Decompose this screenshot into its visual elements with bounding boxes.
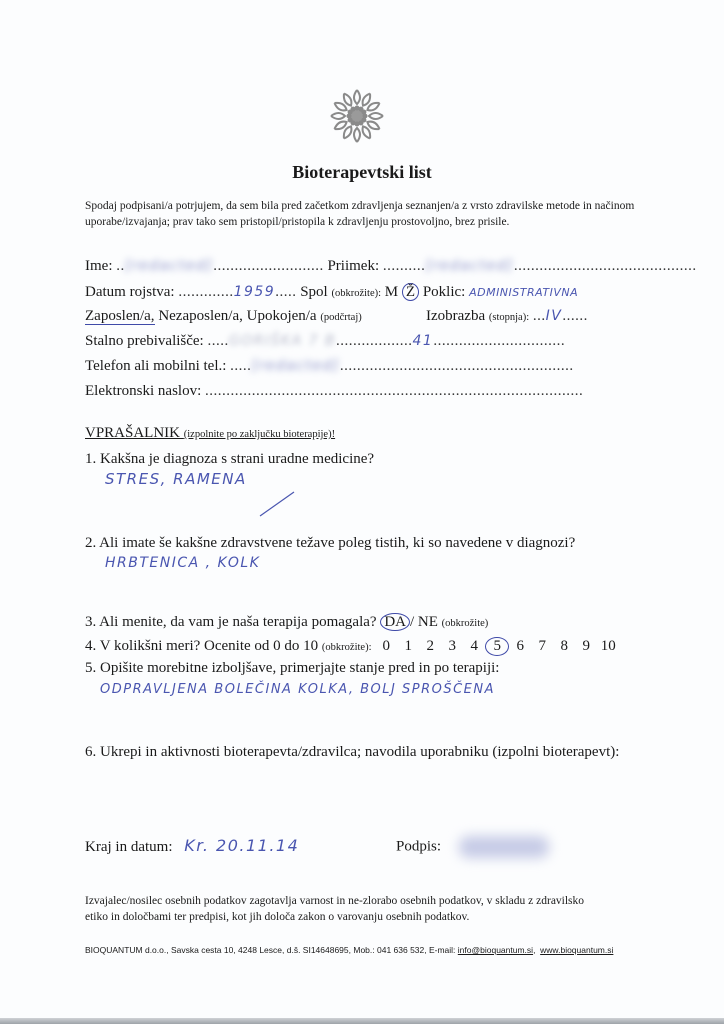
q3-option-ne[interactable]: NE — [418, 614, 438, 630]
rating-option-7[interactable]: 7 — [531, 638, 553, 655]
education-row: Izobrazba (stopnja): ...IV...... — [426, 308, 588, 325]
education-hint: (stopnja): — [489, 312, 529, 323]
answer-1[interactable]: STRES, RAMENA — [105, 470, 247, 488]
document-title: Bioterapevtski list — [0, 162, 724, 183]
question-5: 5. Opišite morebitne izboljšave, primerj… — [85, 660, 499, 677]
answer-5[interactable]: ODPRAVLJENA BOLEČINA KOLKA, BOLJ SPROŠČE… — [100, 682, 495, 697]
email-label: Elektronski naslov: — [85, 383, 201, 399]
employment-hint: (podčrtaj) — [320, 312, 361, 323]
page-bottom-edge — [0, 1018, 724, 1024]
sex-option-m[interactable]: M — [385, 284, 398, 300]
residence-row: Stalno prebivališče: .....GORIŠKA 7 B...… — [85, 333, 565, 350]
privacy-notice: Izvajalec/nosilec osebnih podatkov zagot… — [85, 893, 584, 925]
sex-hint: (obkrožite): — [331, 288, 381, 299]
education-label: Izobrazba — [426, 308, 485, 324]
question-3: 3. Ali menite, da vam je naša terapija p… — [85, 613, 488, 631]
q3-hint: (obkrožite) — [442, 618, 489, 629]
employment-option-employed[interactable]: Zaposlen/a, — [85, 308, 155, 325]
email-row: Elektronski naslov: ....................… — [85, 383, 583, 400]
rating-option-2[interactable]: 2 — [419, 638, 441, 655]
answer-2[interactable]: HRBTENICA , KOLK — [105, 555, 260, 571]
rating-scale: 012345678910 — [375, 638, 619, 654]
employment-row: Zaposlen/a, Nezaposlen/a, Upokojen/a (po… — [85, 308, 362, 325]
rating-option-5[interactable]: 5 — [485, 637, 509, 656]
sex-option-z-circled[interactable]: Ž — [402, 283, 419, 301]
name-label: Ime: — [85, 258, 113, 274]
snowflake-mandala-logo-icon — [327, 86, 387, 146]
question-2: 2. Ali imate še kakšne zdravstvene težav… — [85, 535, 575, 552]
surname-value[interactable]: [redacted] — [425, 258, 513, 274]
birth-date-label: Datum rojstva: — [85, 284, 175, 300]
signature-row: Podpis: — [396, 836, 549, 858]
rating-option-0[interactable]: 0 — [375, 638, 397, 655]
name-value[interactable]: [redacted] — [125, 258, 213, 274]
rating-option-10[interactable]: 10 — [597, 638, 619, 655]
question-6: 6. Ukrepi in aktivnosti bioterapevta/zdr… — [85, 744, 619, 761]
rating-option-8[interactable]: 8 — [553, 638, 575, 655]
question-1: 1. Kakšna je diagnoza s strani uradne me… — [85, 451, 374, 468]
email-link[interactable]: info@bioquantum.si — [458, 945, 533, 955]
name-row: Ime: ..[redacted].......................… — [85, 258, 697, 275]
employment-option-retired[interactable]: Upokojen/a — [247, 308, 317, 324]
residence-label: Stalno prebivališče: — [85, 333, 204, 349]
place-date-value[interactable]: Kr. 20.11.14 — [184, 836, 299, 855]
website-link[interactable]: www.bioquantum.si — [540, 945, 613, 955]
place-date-row: Kraj in datum: Kr. 20.11.14 — [85, 836, 299, 856]
rating-option-9[interactable]: 9 — [575, 638, 597, 655]
residence-value[interactable]: 41 — [413, 333, 434, 349]
job-label: Poklic: — [423, 284, 466, 300]
pen-stroke-mark — [258, 490, 298, 518]
education-value[interactable]: IV — [546, 308, 563, 324]
birth-year-value[interactable]: 1959 — [234, 284, 276, 300]
phone-value[interactable]: [redacted] — [251, 358, 339, 374]
rating-option-4[interactable]: 4 — [463, 638, 485, 655]
surname-label: Priimek: — [327, 258, 379, 274]
sex-label: Spol — [300, 284, 328, 300]
rating-option-3[interactable]: 3 — [441, 638, 463, 655]
document-page: Bioterapevtski list Spodaj podpisani/a p… — [0, 0, 724, 1020]
phone-label: Telefon ali mobilni tel.: — [85, 358, 226, 374]
rating-option-1[interactable]: 1 — [397, 638, 419, 655]
place-date-label: Kraj in datum: — [85, 839, 172, 855]
birth-sex-job-row: Datum rojstva: .............1959..... Sp… — [85, 283, 578, 301]
employment-option-unemployed[interactable]: Nezaposlen/a, — [158, 308, 243, 324]
signature-label: Podpis: — [396, 838, 441, 854]
consent-intro: Spodaj podpisani/a potrjujem, da sem bil… — [85, 198, 645, 230]
questionnaire-heading: VPRAŠALNIK (izpolnite po zaključku biote… — [85, 425, 335, 442]
q3-option-da-circled[interactable]: DA — [380, 613, 410, 631]
question-4: 4. V kolikšni meri? Ocenite od 0 do 10 (… — [85, 637, 619, 656]
phone-row: Telefon ali mobilni tel.: .....[redacted… — [85, 358, 574, 375]
rating-option-6[interactable]: 6 — [509, 638, 531, 655]
signature-redacted[interactable] — [459, 836, 549, 858]
job-value[interactable]: ADMINISTRATIVNA — [469, 286, 578, 299]
company-info: BIOQUANTUM d.o.o., Savska cesta 10, 4248… — [85, 945, 613, 955]
